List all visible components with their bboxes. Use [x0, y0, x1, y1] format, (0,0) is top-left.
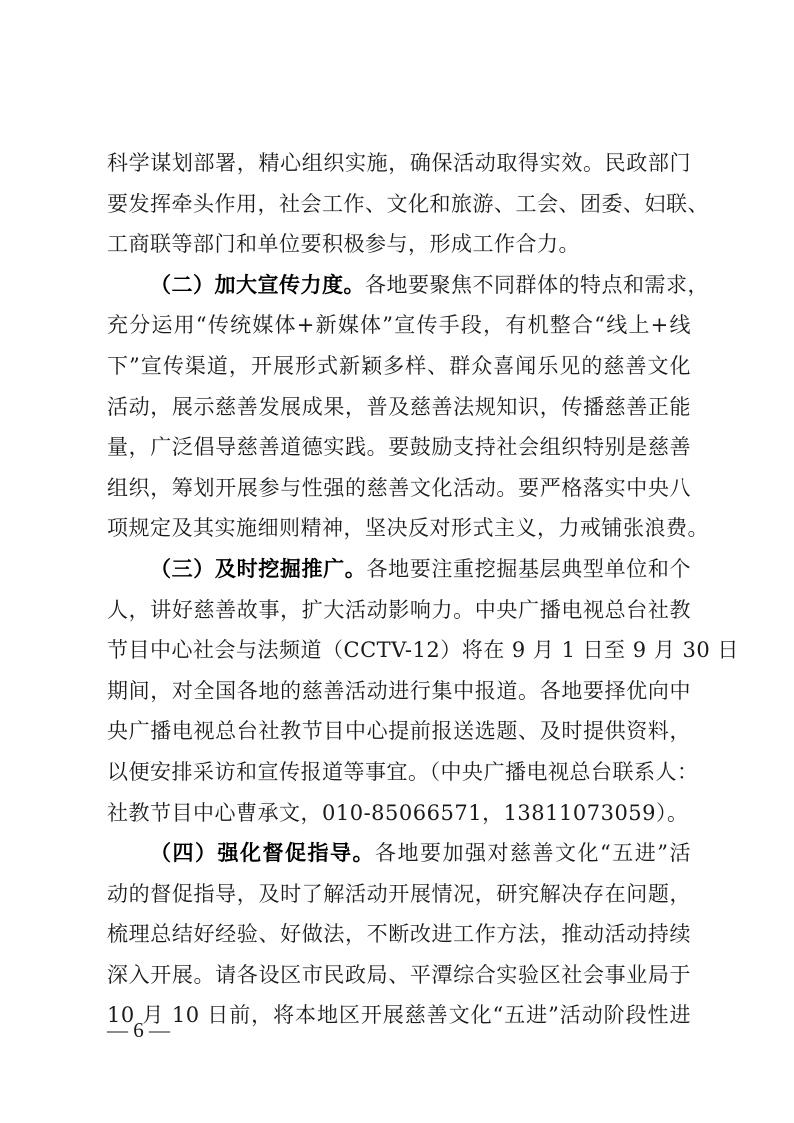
text-run: 各地要聚焦不同群体的特点和需求，	[365, 273, 709, 297]
text-line: 充分运用“传统媒体+新媒体”宣传手段，有机整合“线上+线	[107, 305, 691, 346]
text-line: 节目中心社会与法频道（CCTV-12）将在 9 月 1 日至 9 月 30 日	[107, 630, 691, 671]
document-page: 科学谋划部署，精心组织实施，确保活动取得实效。民政部门 要发挥牵头作用，社会工作…	[107, 143, 691, 1036]
text-line: 科学谋划部署，精心组织实施，确保活动取得实效。民政部门	[107, 143, 691, 184]
text-line: 人，讲好慈善故事，扩大活动影响力。中央广播电视总台社教	[107, 590, 691, 631]
text-line: 深入开展。请各设区市民政局、平潭综合实验区社会事业局于	[107, 955, 691, 996]
text-line: 量，广泛倡导慈善道德实践。要鼓励支持社会组织特别是慈善	[107, 427, 691, 468]
paragraph-promotion: （三）及时挖掘推广。各地要注重挖掘基层典型单位和个 人，讲好慈善故事，扩大活动影…	[107, 549, 691, 833]
text-line: 10 月 10 日前，将本地区开展慈善文化“五进”活动阶段性进	[107, 995, 691, 1036]
section-heading: （二）加大宣传力度。	[150, 272, 365, 297]
paragraph-continuation: 科学谋划部署，精心组织实施，确保活动取得实效。民政部门 要发挥牵头作用，社会工作…	[107, 143, 691, 265]
text-line: 期间，对全国各地的慈善活动进行集中报道。各地要择优向中	[107, 671, 691, 712]
text-line: （三）及时挖掘推广。各地要注重挖掘基层典型单位和个	[107, 549, 691, 590]
paragraph-publicity: （二）加大宣传力度。各地要聚焦不同群体的特点和需求， 充分运用“传统媒体+新媒体…	[107, 265, 691, 549]
paragraph-supervision: （四）强化督促指导。各地要加强对慈善文化“五进”活 动的督促指导，及时了解活动开…	[107, 833, 691, 1036]
text-line: 活动，展示慈善发展成果，普及慈善法规知识，传播慈善正能	[107, 387, 691, 428]
text-line: 组织，筹划开展参与性强的慈善文化活动。要严格落实中央八	[107, 468, 691, 509]
text-line: 动的督促指导，及时了解活动开展情况，研究解决存在问题，	[107, 874, 691, 915]
text-line: 要发挥牵头作用，社会工作、文化和旅游、工会、团委、妇联、	[107, 184, 691, 225]
text-line: 下”宣传渠道，开展形式新颖多样、群众喜闻乐见的慈善文化	[107, 346, 691, 387]
text-line: 工商联等部门和单位要积极参与，形成工作合力。	[107, 224, 691, 265]
text-line: （四）强化督促指导。各地要加强对慈善文化“五进”活	[107, 833, 691, 874]
text-line: （二）加大宣传力度。各地要聚焦不同群体的特点和需求，	[107, 265, 691, 306]
text-line: 社教节目中心曹承文，010-85066571，13811073059）。	[107, 793, 691, 834]
text-line: 以便安排采访和宣传报道等事宜。（中央广播电视总台联系人：	[107, 752, 691, 793]
text-run: 各地要注重挖掘基层典型单位和个	[366, 557, 691, 581]
text-line: 项规定及其实施细则精神，坚决反对形式主义，力戒铺张浪费。	[107, 508, 691, 549]
section-heading: （三）及时挖掘推广。	[150, 556, 366, 581]
text-run: 各地要加强对慈善文化“五进”活	[375, 841, 691, 865]
text-line: 梳理总结好经验、好做法，不断改进工作方法，推动活动持续	[107, 914, 691, 955]
page-number: — 6 —	[107, 1016, 170, 1044]
section-heading: （四）强化督促指导。	[150, 840, 375, 865]
text-line: 央广播电视总台社教节目中心提前报送选题、及时提供资料，	[107, 711, 691, 752]
